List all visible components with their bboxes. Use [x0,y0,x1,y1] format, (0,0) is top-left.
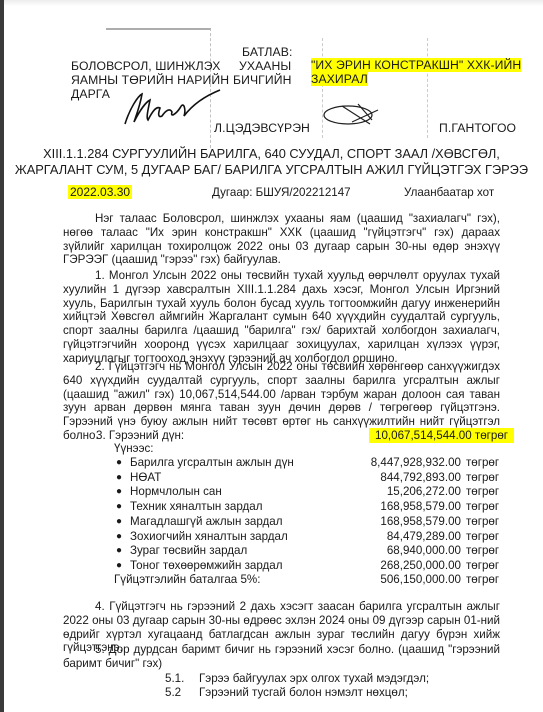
breakdown-item-label: Нормчлолын сан [130,485,222,498]
breakdown-item-currency: төгрөг [466,456,499,469]
contract-place: Улаанбаатар хот [404,186,494,199]
bullet-icon: ● [116,457,122,468]
breakdown-item-label: Зураг төсвийн зардал [130,544,247,557]
breakdown-item-currency: төгрөг [466,471,499,484]
contract-title-line1: XIII.1.1.284 СУРГУУЛИЙН БАРИЛГА, 640 СУУ… [0,146,543,162]
breakdown-item-amount: 8,447,928,932.00 [371,456,461,469]
breakdown-item-label: Техник хяналтын зардал [130,500,262,513]
breakdown-item-currency: төгрөг [466,544,499,557]
clause-5: 5. Дор дурдсан баримт бичиг нь гэрээний … [63,643,500,671]
breakdown-item-amount: 168,958,579.00 [380,515,461,528]
ministry-line1a: БОЛОВСРОЛ, ШИНЖЛЭХ [71,59,220,73]
breakdown-heading: Үүнээс: [114,442,154,455]
contract-amount-total: 10,067,514,544.00 төгрөг [369,428,514,443]
breakdown-item-label: Барилга угсралтын ажлын дүн [130,456,294,469]
breakdown-item-currency: төгрөг [466,559,499,572]
document-number: 5.2 [165,686,181,699]
contract-number: Дугаар: БШУЯ/202212147 [212,186,351,199]
company-title-line1: "ИХ ЭРИН КОНСТРАКШН" ХХК-ИЙН [311,58,521,72]
breakdown-item-currency: төгрөг [466,485,499,498]
breakdown-item-label: Зохиогчийн хяналтын зардал [130,530,288,543]
bullet-icon: ● [116,560,122,571]
guarantee-label: Гүйцэтгэлийн баталгаа 5%: [114,573,260,586]
breakdown-item-amount: 84,479,289.00 [387,530,461,543]
contract-title-line2: ЖАРГАЛАНТ СУМ, 5 ДУГААР БАГ/ БАРИЛГА УГС… [0,162,543,178]
document-item: Гэрээ байгуулах эрх олгох тухай мэдэгдэл… [199,672,429,685]
breakdown-item-currency: төгрөг [466,515,499,528]
ministry-signatory-name: Л.ЦЭДЭВСҮРЭН [214,121,310,135]
contract-amount-label: 3. Гэрээний дүн: [96,429,184,442]
breakdown-item-amount: 844,792,893.00 [380,471,461,484]
approve-label: БАТЛАВ: [242,45,292,59]
breakdown-item-currency: төгрөг [466,530,499,543]
page-left-edge [0,0,4,712]
ministry-line2a: ЯАМНЫ ТӨРИЙН НАРИЙН [71,73,229,87]
bullet-icon: ● [116,545,122,556]
bullet-icon: ● [116,516,122,527]
breakdown-item-label: НӨАТ [130,471,161,484]
ministry-line2b: БИЧГИЙН [233,73,292,87]
breakdown-item-amount: 168,958,579.00 [380,500,461,513]
bullet-icon: ● [116,501,122,512]
bullet-icon: ● [116,486,122,497]
guarantee-currency: төгрөг [466,573,499,586]
company-title-line2: ЗАХИРАЛ [311,72,368,86]
document-item: Гэрээний тусгай болон нэмэлт нөхцөл; [199,686,408,699]
page-top-shadow [4,0,543,6]
intro-paragraph: Нэг талаас Боловсрол, шинжлэх ухааны яам… [63,212,500,267]
breakdown-item-amount: 268,250,000.00 [380,559,461,572]
breakdown-item-amount: 15,206,272.00 [387,485,461,498]
ministry-line1b: УХААНЫ [239,59,291,73]
document-number: 5.1. [165,672,184,685]
bullet-icon: ● [116,472,122,483]
contract-date: 2022.03.30 [68,185,132,199]
guarantee-amount: 506,150,000.00 [380,573,461,586]
company-signatory-name: П.ГАНТОГОО [439,121,516,135]
breakdown-item-label: Тоног төхөөрөмжийн зардал [130,559,283,572]
right-signature-icon [322,100,392,130]
clause-1: 1. Монгол Улсын 2022 оны төсвийн тухай х… [63,269,500,366]
breakdown-item-label: Магадлашгүй ажлын зардал [130,515,283,528]
ministry-line3: ДАРГА [71,87,110,101]
breakdown-item-currency: төгрөг [466,500,499,513]
breakdown-item-amount: 68,940,000.00 [387,544,461,557]
bullet-icon: ● [116,531,122,542]
